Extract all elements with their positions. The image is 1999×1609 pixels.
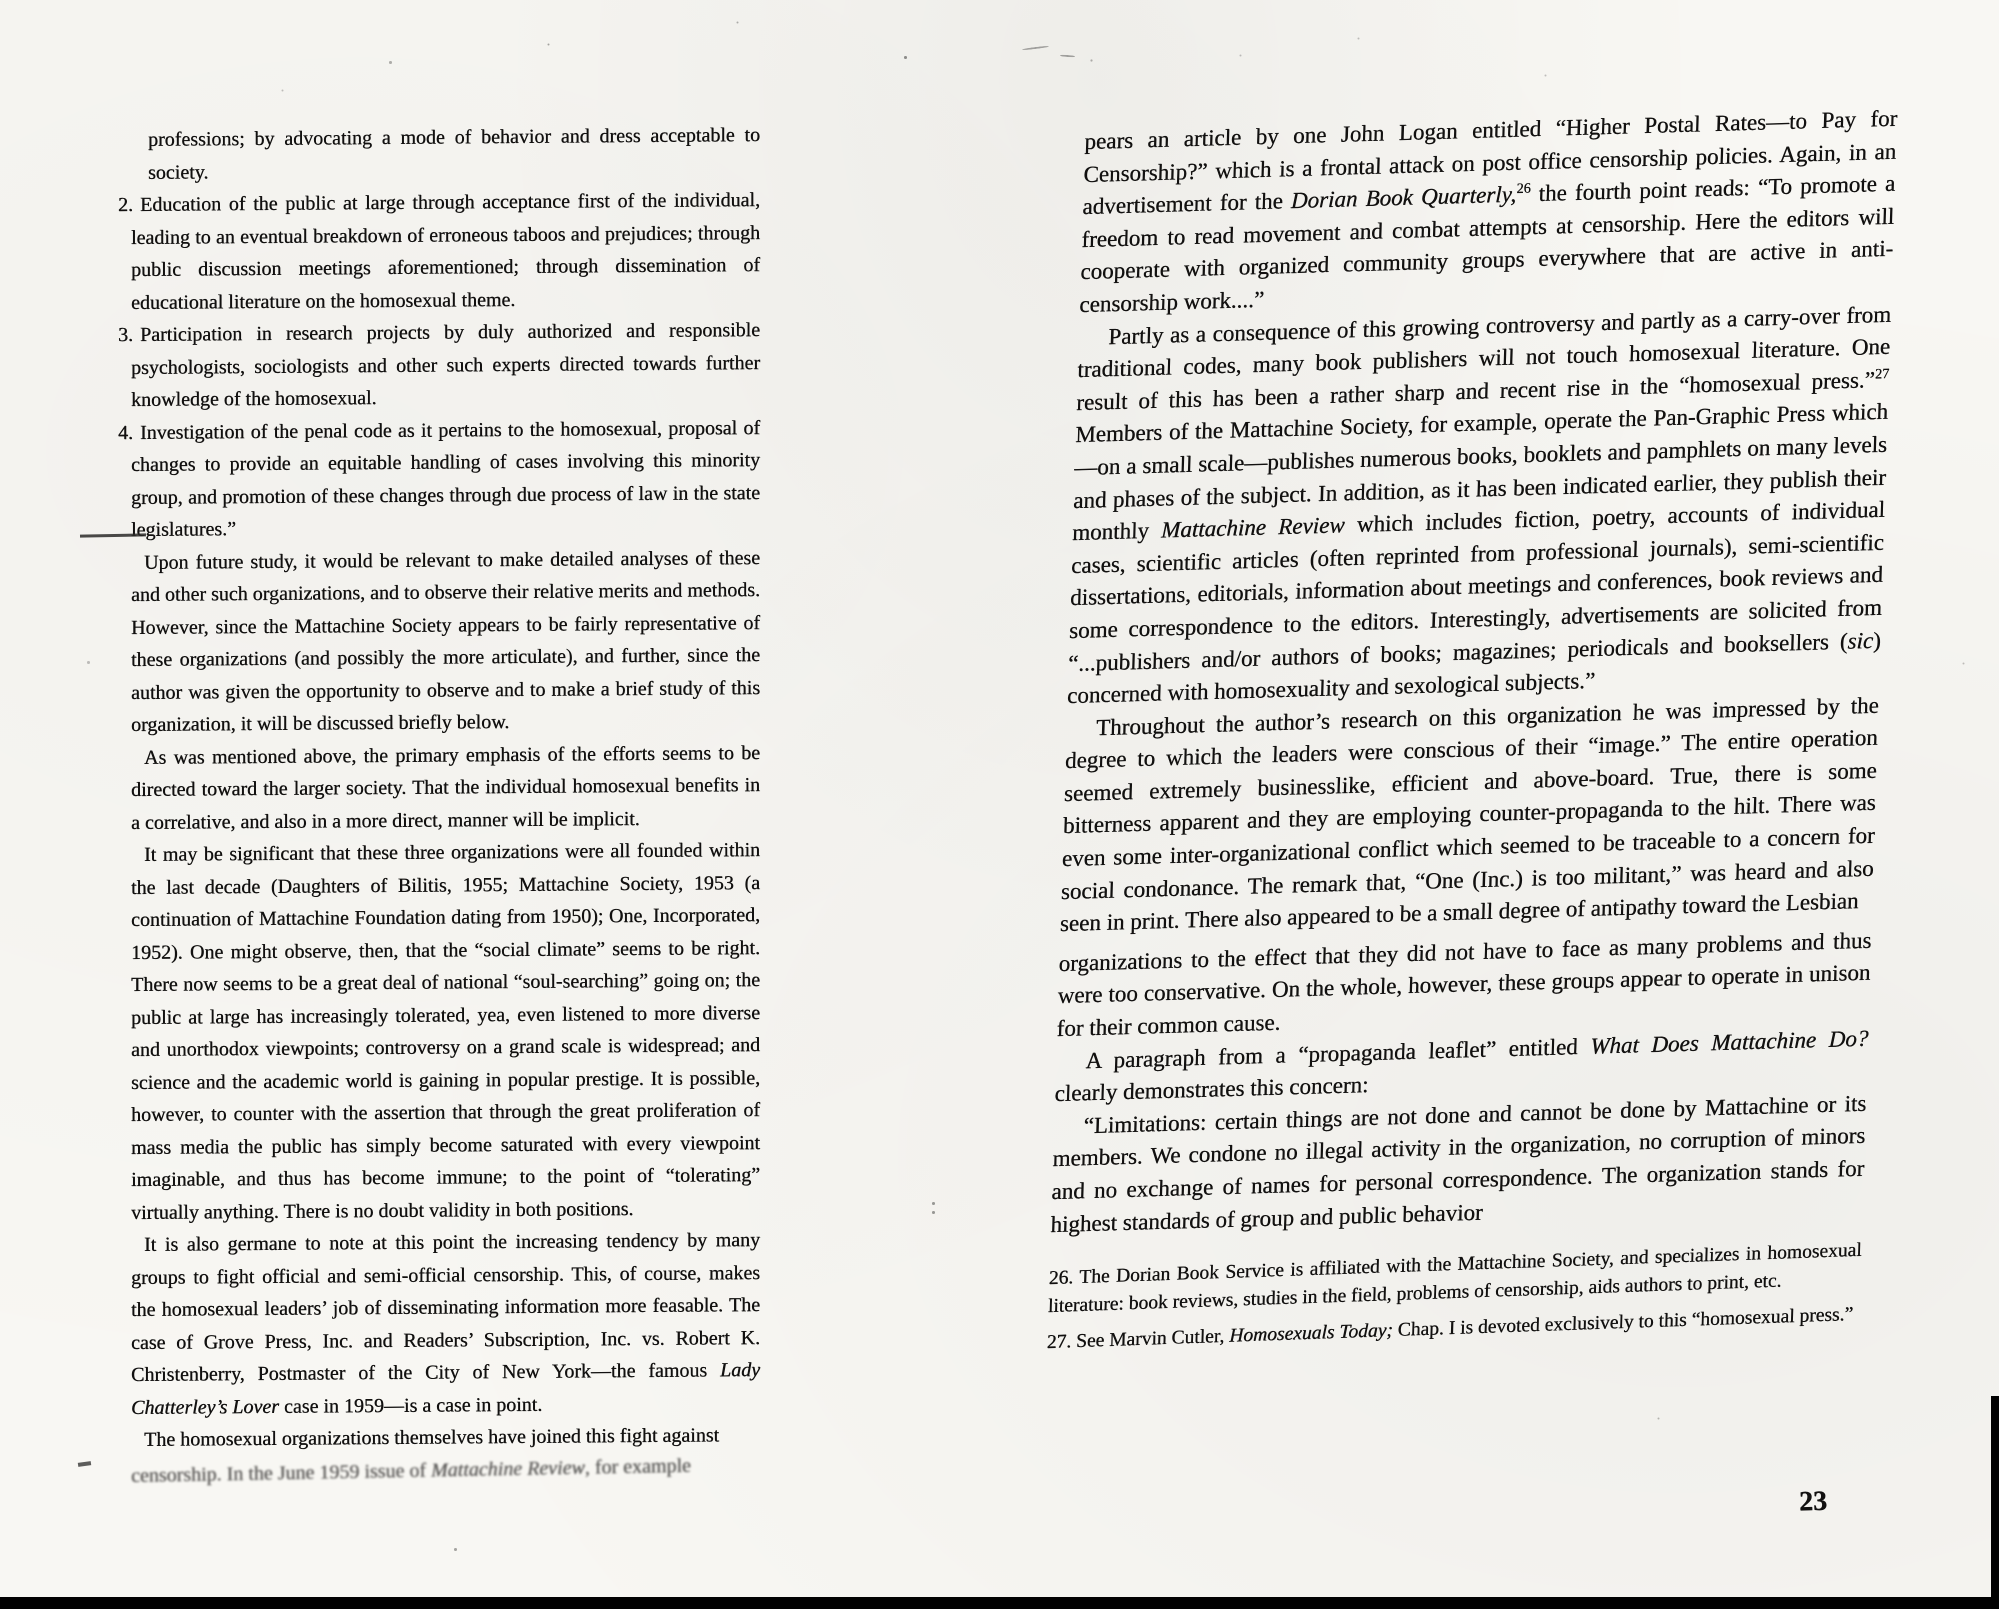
margin-dash-mark bbox=[78, 1461, 91, 1467]
scan-edge-right-bar bbox=[1991, 1396, 1999, 1609]
paragraph-continuation: professions; by advocating a mode of beh… bbox=[148, 119, 760, 189]
list-item-text: Participation in research projects by du… bbox=[131, 319, 760, 411]
scan-edge-bottom-bar bbox=[0, 1597, 1999, 1609]
scanned-book-spread: professions; by advocating a mode of beh… bbox=[0, 0, 1999, 1609]
scan-noise-speckles bbox=[0, 0, 1, 1]
list-item-number: 4. bbox=[118, 421, 133, 443]
list-item-number: 3. bbox=[118, 324, 133, 346]
paragraph-continuation: pears an article by one John Logan entit… bbox=[1079, 103, 1898, 322]
pencil-squiggle-mark bbox=[1060, 54, 1075, 57]
paragraph: Partly as a consequence of this growing … bbox=[1067, 298, 1892, 713]
list-item-text: Education of the public at large through… bbox=[131, 189, 760, 313]
page-left: professions; by advocating a mode of beh… bbox=[118, 119, 760, 1489]
paragraph: As was mentioned above, the primary emph… bbox=[131, 736, 760, 838]
block-quote-paragraph: “Limitations: certain things are not don… bbox=[1050, 1087, 1867, 1241]
pencil-squiggle-mark bbox=[1022, 45, 1049, 50]
list-item-number: 2. bbox=[118, 194, 133, 216]
paragraph: It is also germane to note at this point… bbox=[131, 1224, 760, 1424]
numbered-list-item: 3.Participation in research projects by … bbox=[118, 314, 760, 417]
paragraph: It may be significant that these three o… bbox=[131, 834, 760, 1229]
page-right: pears an article by one John Logan entit… bbox=[1046, 103, 1897, 1357]
numbered-list-item: 2.Education of the public at large throu… bbox=[118, 184, 760, 319]
paragraph: Upon future study, it would be relevant … bbox=[131, 541, 760, 741]
paragraph: Throughout the author’s research on this… bbox=[1059, 689, 1879, 941]
list-item-text: Investigation of the penal code as it pe… bbox=[131, 416, 760, 540]
page-number: 23 bbox=[1799, 1486, 1828, 1519]
footnotes-section: 26. The Dorian Book Service is affiliate… bbox=[1046, 1237, 1862, 1357]
numbered-list-item: 4.Investigation of the penal code as it … bbox=[118, 411, 760, 546]
